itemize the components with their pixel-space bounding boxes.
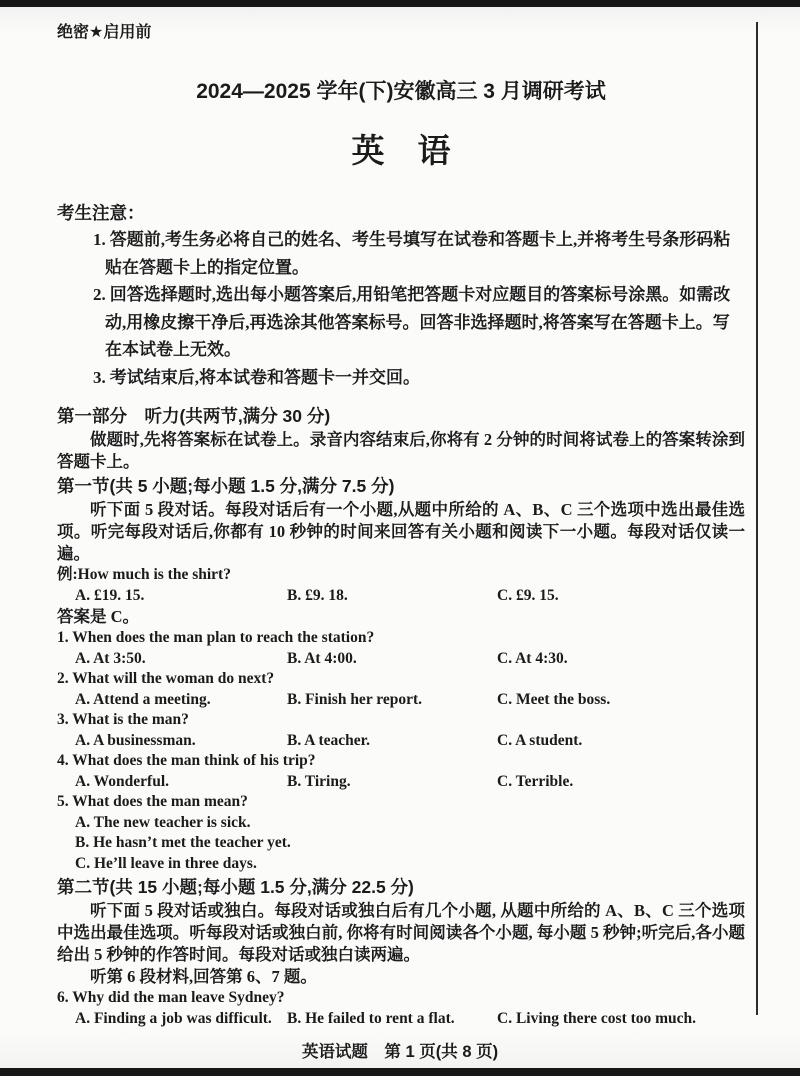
security-label: 绝密★启用前: [57, 22, 745, 44]
option-b: B. A teacher.: [287, 731, 497, 752]
subject-title: 英 语: [57, 128, 745, 174]
notice-item-3: 3.考试结束后,将本试卷和答题卡一并交回。: [57, 364, 745, 392]
option-a: A. Attend a meeting.: [75, 690, 287, 711]
question-5-option-a: A. The new teacher is sick.: [57, 813, 745, 834]
question-5-option-b: B. He hasn’t met the teacher yet.: [57, 833, 745, 854]
option-a: A. Finding a job was difficult.: [75, 1009, 287, 1030]
part1-heading: 第一部分 听力(共两节,满分 30 分): [57, 403, 745, 429]
exam-page-content: 绝密★启用前 2024—2025 学年(下)安徽高三 3 月调研考试 英 语 考…: [0, 0, 800, 1076]
question-6-options: A. Finding a job was difficult. B. He fa…: [57, 1009, 745, 1030]
question-3-options: A. A businessman. B. A teacher. C. A stu…: [57, 731, 745, 752]
section1-heading: 第一节(共 5 小题;每小题 1.5 分,满分 7.5 分): [57, 473, 745, 499]
page-footer: 英语试题 第 1 页(共 8 页): [0, 1038, 800, 1062]
question-2: 2. What will the woman do next?: [57, 669, 745, 690]
option-a: A. Wonderful.: [75, 772, 287, 793]
notice-item-1: 1.答题前,考生务必将自己的姓名、考生号填写在试卷和答题卡上,并将考生号条形码粘…: [57, 226, 745, 281]
question-1-options: A. At 3:50. B. At 4:00. C. At 4:30.: [57, 649, 745, 670]
option-a: A. At 3:50.: [75, 649, 287, 670]
scanned-exam-page: 绝密★启用前 2024—2025 学年(下)安徽高三 3 月调研考试 英 语 考…: [0, 0, 800, 1076]
example-options: A. £19. 15. B. £9. 18. C. £9. 15.: [57, 586, 745, 607]
option-b: B. Tiring.: [287, 772, 497, 793]
option-b: B. Finish her report.: [287, 690, 497, 711]
option-b: B. £9. 18.: [287, 586, 497, 607]
question-1: 1. When does the man plan to reach the s…: [57, 628, 745, 649]
notice-item-2: 2.回答选择题时,选出每小题答案后,用铅笔把答题卡对应题目的答案标号涂黑。如需改…: [57, 281, 745, 364]
option-a: A. A businessman.: [75, 731, 287, 752]
option-c: C. A student.: [497, 731, 745, 752]
notice-item-number: 1.: [93, 230, 106, 249]
option-b: B. He failed to rent a flat.: [287, 1009, 497, 1030]
question-3: 3. What is the man?: [57, 710, 745, 731]
notice-item-text: 回答选择题时,选出每小题答案后,用铅笔把答题卡对应题目的答案标号涂黑。如需改动,…: [105, 285, 730, 359]
example-answer: 答案是 C。: [57, 606, 745, 628]
exam-title: 2024—2025 学年(下)安徽高三 3 月调研考试: [57, 78, 745, 106]
question-6: 6. Why did the man leave Sydney?: [57, 988, 745, 1009]
section2-heading: 第二节(共 15 小题;每小题 1.5 分,满分 22.5 分): [57, 874, 745, 900]
option-c: C. Terrible.: [497, 772, 745, 793]
option-a: A. £19. 15.: [75, 586, 287, 607]
notice-item-text: 答题前,考生务必将自己的姓名、考生号填写在试卷和答题卡上,并将考生号条形码粘贴在…: [105, 230, 730, 277]
notice-item-text: 考试结束后,将本试卷和答题卡一并交回。: [110, 368, 420, 387]
question-5: 5. What does the man mean?: [57, 792, 745, 813]
notice-heading: 考生注意：: [57, 200, 745, 226]
example-prompt: 例:How much is the shirt?: [57, 565, 745, 586]
option-c: C. £9. 15.: [497, 586, 745, 607]
notice-item-number: 3.: [93, 368, 106, 387]
question-4-options: A. Wonderful. B. Tiring. C. Terrible.: [57, 772, 745, 793]
option-c: C. At 4:30.: [497, 649, 745, 670]
option-b: B. At 4:00.: [287, 649, 497, 670]
section2-instructions: 听下面 5 段对话或独白。每段对话或独白后有几个小题, 从题中所给的 A、B、C…: [57, 900, 745, 966]
section2-material-note: 听第 6 段材料,回答第 6、7 题。: [57, 966, 745, 988]
part1-intro: 做题时,先将答案标在试卷上。录音内容结束后,你将有 2 分钟的时间将试卷上的答案…: [57, 429, 745, 473]
question-5-option-c: C. He’ll leave in three days.: [57, 854, 745, 875]
option-c: C. Meet the boss.: [497, 690, 745, 711]
question-4: 4. What does the man think of his trip?: [57, 751, 745, 772]
section1-instructions: 听下面 5 段对话。每段对话后有一个小题,从题中所给的 A、B、C 三个选项中选…: [57, 499, 745, 565]
question-2-options: A. Attend a meeting. B. Finish her repor…: [57, 690, 745, 711]
option-c: C. Living there cost too much.: [497, 1009, 745, 1030]
notice-item-number: 2.: [93, 285, 106, 304]
